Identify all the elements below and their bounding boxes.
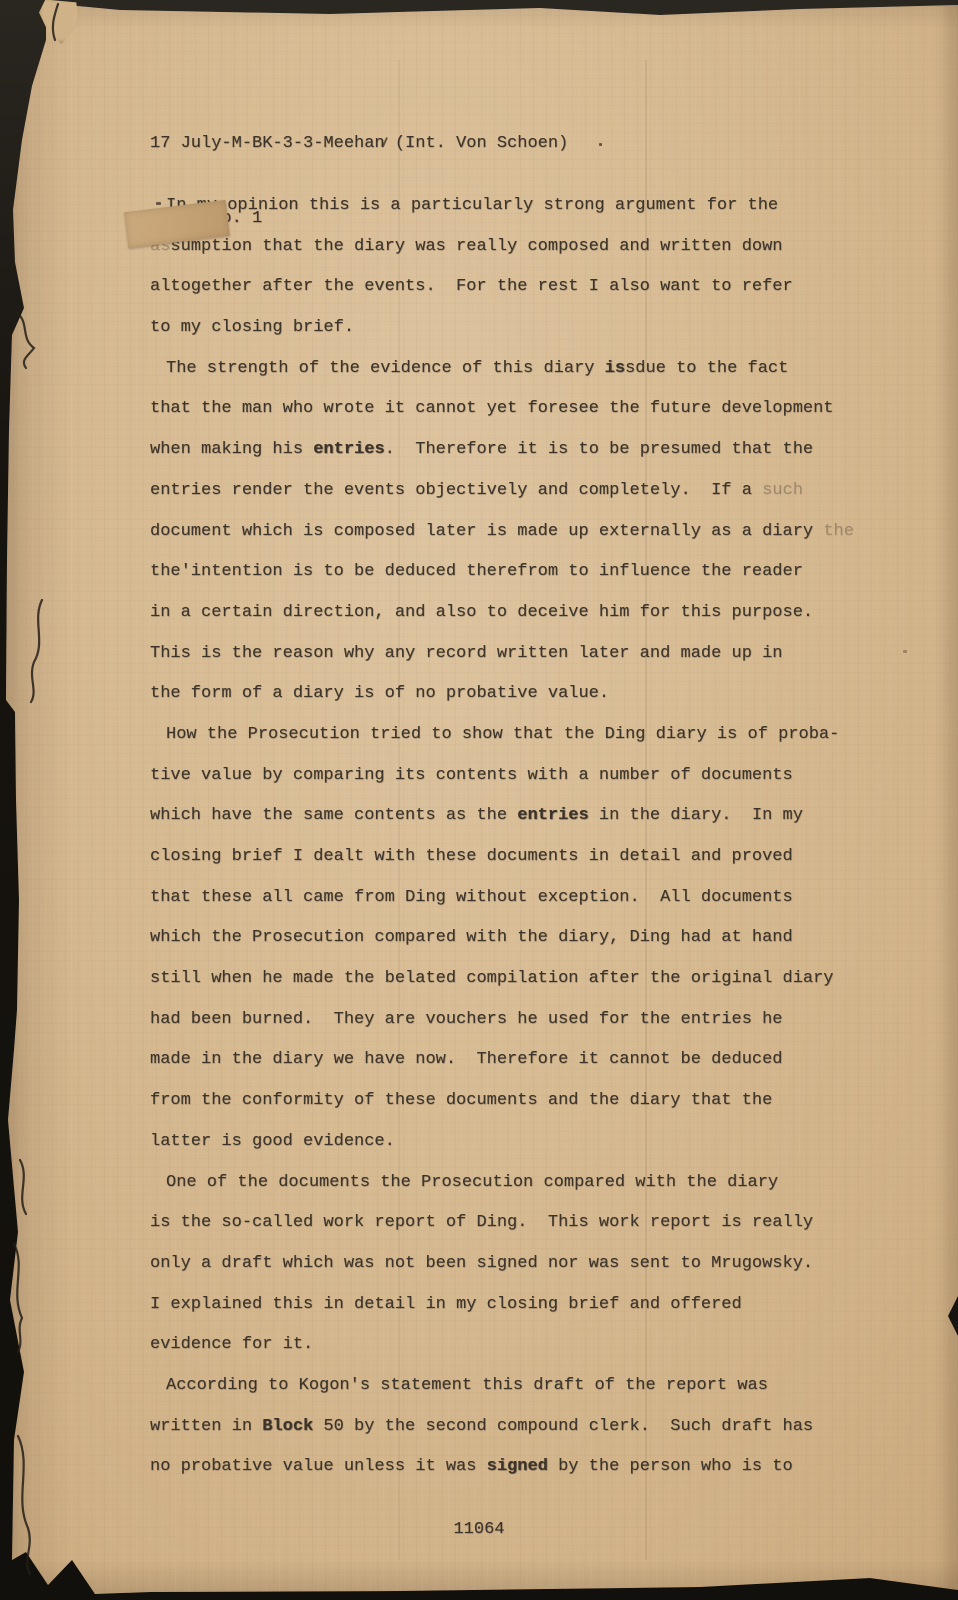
- text-segment: I explained this in detail in my closing…: [150, 1295, 742, 1314]
- text-segment: 50 by the second compound clerk. Such dr…: [313, 1417, 813, 1436]
- page-number: 11064: [0, 1520, 958, 1539]
- text-segment: In my opinion this is a particularly str…: [166, 196, 778, 215]
- text-line: One of the documents the Prosecution com…: [150, 1163, 870, 1204]
- text-line: tive value by comparing its contents wit…: [150, 756, 870, 797]
- text-line: that the man who wrote it cannot yet for…: [150, 389, 870, 430]
- text-line: According to Kogon's statement this draf…: [150, 1366, 870, 1407]
- text-segment: How the Prosecution tried to show that t…: [166, 725, 839, 744]
- text-line: to my closing brief.: [150, 308, 870, 349]
- text-line: the'intention is to be deduced therefrom…: [150, 552, 870, 593]
- text-segment: the form of a diary is of no probative v…: [150, 684, 609, 703]
- text-segment: sdue to the fact: [625, 359, 788, 378]
- text-line: that these all came from Ding without ex…: [150, 878, 870, 919]
- text-segment: Block: [262, 1417, 313, 1436]
- text-segment: which have the same contents as the: [150, 806, 517, 825]
- scanned-document: 17 July-M-BK-3-3-Meehan (Int. Von Schoen…: [0, 0, 958, 1600]
- text-line: made in the diary we have now. Therefore…: [150, 1040, 870, 1081]
- text-line: had been burned. They are vouchers he us…: [150, 1000, 870, 1041]
- text-line: evidence for it.: [150, 1325, 870, 1366]
- text-line: document which is composed later is made…: [150, 512, 870, 553]
- ink-speck: [599, 143, 602, 146]
- text-segment: document which is composed later is made…: [150, 522, 823, 541]
- ink-speck: [903, 650, 907, 653]
- text-segment: is: [605, 359, 625, 378]
- text-line: is the so-called work report of Ding. Th…: [150, 1203, 870, 1244]
- text-segment: altogether after the events. For the res…: [150, 277, 793, 296]
- text-line: How the Prosecution tried to show that t…: [150, 715, 870, 756]
- text-line: closing brief I dealt with these documen…: [150, 837, 870, 878]
- ink-speck: [156, 202, 161, 205]
- text-line: which the Prosecution compared with the …: [150, 918, 870, 959]
- text-segment: The strength of the evidence of this dia…: [166, 359, 605, 378]
- text-line: altogether after the events. For the res…: [150, 267, 870, 308]
- text-segment: had been burned. They are vouchers he us…: [150, 1010, 783, 1029]
- text-segment: from the conformity of these documents a…: [150, 1091, 772, 1110]
- text-segment: entries: [313, 440, 384, 459]
- text-segment: latter is good evidence.: [150, 1132, 395, 1151]
- text-segment: signed: [487, 1457, 548, 1476]
- body-lines: In my opinion this is a particularly str…: [150, 186, 870, 1488]
- text-line: which have the same contents as the entr…: [150, 796, 870, 837]
- text-segment: which the Prosecution compared with the …: [150, 928, 793, 947]
- text-segment: that these all came from Ding without ex…: [150, 888, 793, 907]
- text-segment: made in the diary we have now. Therefore…: [150, 1050, 783, 1069]
- text-segment: that the man who wrote it cannot yet for…: [150, 399, 834, 418]
- text-line: The strength of the evidence of this dia…: [150, 349, 870, 390]
- text-segment: entries render the events objectively an…: [150, 481, 762, 500]
- text-segment: written in: [150, 1417, 262, 1436]
- header-line-1: 17 July-M-BK-3-3-Meehan (Int. Von Schoen…: [150, 131, 568, 156]
- text-line: the form of a diary is of no probative v…: [150, 674, 870, 715]
- text-line: entries render the events objectively an…: [150, 471, 870, 512]
- text-line: no probative value unless it was signed …: [150, 1447, 870, 1488]
- text-line: when making his entries. Therefore it is…: [150, 430, 870, 471]
- text-segment: entries: [517, 806, 588, 825]
- text-line: in a certain direction, and also to dece…: [150, 593, 870, 634]
- text-line: I explained this in detail in my closing…: [150, 1285, 870, 1326]
- text-segment: such: [762, 481, 803, 500]
- text-segment: to my closing brief.: [150, 318, 354, 337]
- text-line: from the conformity of these documents a…: [150, 1081, 870, 1122]
- text-segment: when making his: [150, 440, 313, 459]
- text-segment: in the diary. In my: [589, 806, 803, 825]
- text-segment: in a certain direction, and also to dece…: [150, 603, 813, 622]
- text-segment: tive value by comparing its contents wit…: [150, 766, 793, 785]
- text-segment: According to Kogon's statement this draf…: [166, 1376, 768, 1395]
- text-segment: still when he made the belated compilati…: [150, 969, 834, 988]
- text-line: only a draft which was not been signed n…: [150, 1244, 870, 1285]
- text-line: written in Block 50 by the second compou…: [150, 1407, 870, 1448]
- text-segment: closing brief I dealt with these documen…: [150, 847, 793, 866]
- text-segment: This is the reason why any record writte…: [150, 644, 783, 663]
- text-line: latter is good evidence.: [150, 1122, 870, 1163]
- text-line: assumption that the diary was really com…: [150, 227, 870, 268]
- text-segment: . Therefore it is to be presumed that th…: [385, 440, 813, 459]
- text-line: This is the reason why any record writte…: [150, 634, 870, 675]
- text-segment: evidence for it.: [150, 1335, 313, 1354]
- text-line: still when he made the belated compilati…: [150, 959, 870, 1000]
- text-segment: no probative value unless it was: [150, 1457, 487, 1476]
- text-segment: is the so-called work report of Ding. Th…: [150, 1213, 813, 1232]
- text-segment: only a draft which was not been signed n…: [150, 1254, 813, 1273]
- text-segment: the: [823, 522, 854, 541]
- text-segment: sumption that the diary was really compo…: [170, 237, 782, 256]
- text-line: In my opinion this is a particularly str…: [150, 186, 870, 227]
- text-segment: One of the documents the Prosecution com…: [166, 1173, 778, 1192]
- text-segment: by the person who is to: [548, 1457, 793, 1476]
- text-segment: the'intention is to be deduced therefrom…: [150, 562, 803, 581]
